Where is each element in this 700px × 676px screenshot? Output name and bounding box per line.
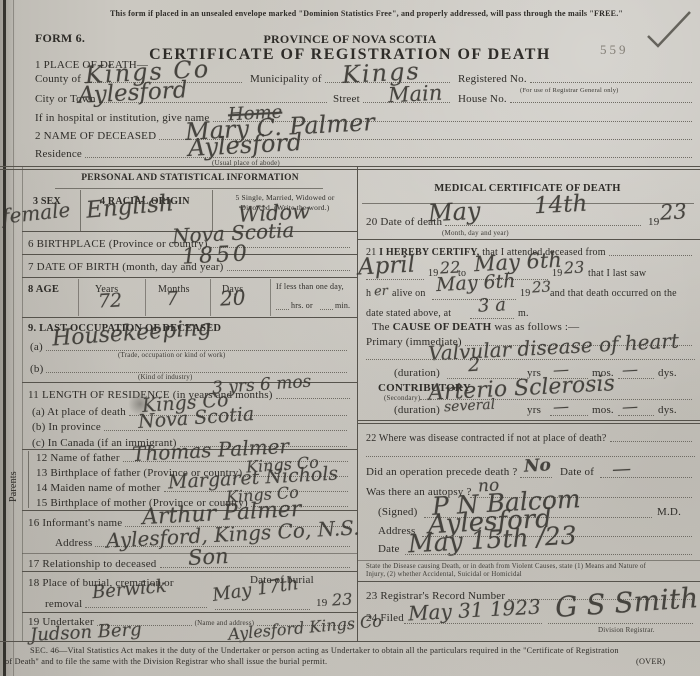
contributory-duration-handwriting: several	[444, 397, 496, 416]
dys-label-2: dys.	[658, 404, 677, 416]
yrs-label-2: yrs	[527, 404, 541, 416]
dys-label: dys.	[658, 367, 677, 379]
age-days-handwriting: 20	[219, 285, 246, 310]
burial-date-blank	[215, 609, 310, 610]
md-label: M.D.	[657, 506, 681, 518]
street-label: Street	[333, 93, 360, 105]
her-handwriting: er	[374, 284, 389, 300]
page-edge-line-2	[13, 0, 14, 676]
death-year-printed: 19	[648, 216, 659, 228]
father-name-label: 12 Name of father	[36, 452, 120, 464]
municipality-label: Municipality of	[250, 73, 322, 85]
occupation-a-note: (Trade, occupation or kind of work)	[118, 351, 225, 359]
m-label: m.	[518, 308, 529, 319]
sex-handwriting: female	[1, 197, 71, 228]
residence-in-province-label: (b) In province	[32, 421, 101, 433]
operation-answer-handwriting: No	[523, 455, 551, 476]
age-years-handwriting: 72	[97, 289, 122, 312]
blank	[366, 359, 695, 360]
bottom-table-line	[0, 641, 700, 642]
age-months-handwriting: 7	[165, 288, 178, 311]
row-line	[22, 571, 357, 572]
row-line	[357, 581, 700, 582]
registered-no-label: Registered No.	[458, 73, 527, 85]
grid-line	[145, 279, 146, 316]
year-printed: 19	[520, 288, 530, 299]
min-blank	[320, 309, 333, 310]
occupation-b-note: (Kind of industry)	[138, 373, 193, 381]
grid-line	[80, 190, 81, 231]
death-month-handwriting: May	[427, 197, 481, 228]
blank	[404, 623, 542, 624]
to-year-handwriting: 23	[564, 257, 585, 277]
house-no-label: House No.	[458, 93, 507, 105]
hospital-label: If in hospital or institution, give name	[35, 112, 210, 124]
death-year-handwriting: 23	[659, 199, 687, 224]
page-edge-line	[3, 0, 6, 676]
left-table-border	[22, 166, 23, 641]
relationship-label: 17 Relationship to deceased	[28, 558, 157, 570]
blank	[405, 554, 692, 555]
filed-label: 24 Filed	[366, 612, 404, 624]
mos-label-2: mos.	[592, 404, 614, 416]
death-certificate-scan: This form if placed in an unsealed envel…	[0, 0, 700, 676]
over-label: (OVER)	[636, 657, 665, 666]
dash-handwriting: —	[622, 397, 639, 417]
sec46-note-line1: SEC. 46—Vital Statistics Act makes it th…	[30, 646, 695, 655]
parents-rotated-label: Parents	[8, 471, 19, 502]
duration-label-2: (duration)	[394, 404, 440, 416]
h-prefix: h	[366, 288, 371, 299]
last-saw-text: that I last saw	[588, 268, 646, 279]
row-line	[22, 277, 357, 278]
attended-from-handwriting: April	[357, 252, 415, 281]
time-of-death-handwriting: 3 a	[477, 294, 506, 316]
relationship-handwriting: Son	[187, 544, 229, 570]
medical-certificate-heading: MEDICAL CERTIFICATE OF DEATH	[360, 183, 695, 194]
divider	[0, 166, 700, 167]
burial-year-handwriting: 23	[332, 589, 353, 609]
row-line	[357, 423, 700, 424]
alive-on-text: alive on	[392, 288, 426, 299]
last-seen-date-handwriting: May 6th	[435, 270, 516, 296]
divider	[0, 169, 700, 170]
blank	[470, 318, 514, 319]
heading-rule	[362, 203, 694, 204]
signed-label: (Signed)	[378, 506, 417, 518]
burial-removal-label: removal	[45, 598, 82, 610]
duration-label: (duration)	[394, 367, 440, 379]
residence-handwriting: Aylesford	[187, 128, 303, 162]
residence-label: Residence	[35, 148, 82, 160]
dash-handwriting: —	[553, 397, 570, 417]
row-line	[357, 420, 700, 421]
personal-info-heading: PERSONAL AND STATISTICAL INFORMATION	[40, 173, 340, 183]
death-occurred-text: and that death occurred on the	[550, 288, 677, 299]
row-line	[22, 612, 357, 613]
cause-of-death-heading: The CAUSE OF DEATH was as follows :—	[372, 321, 579, 333]
mail-notice: This form if placed in an unsealed envel…	[110, 9, 590, 18]
less-than-day-label: If less than one day,	[276, 282, 344, 291]
blank	[520, 477, 552, 478]
informant-address-label: Address	[55, 537, 92, 549]
disease-contracted-label: 22 Where was disease contracted if not a…	[366, 433, 607, 444]
death-date-note: (Month, day and year)	[442, 229, 509, 237]
pencil-checkmark-icon	[642, 6, 694, 52]
violent-causes-note-1: State the Disease causing Death, or in d…	[366, 563, 646, 570]
sec46-note-line2: of Death" and to file the same with the …	[5, 657, 327, 666]
name-of-deceased-label: 2 NAME OF DECEASED	[35, 130, 156, 142]
violent-causes-note-2: Injury, (2) whether Accidental, Suicidal…	[366, 571, 522, 578]
hrs-blank	[276, 309, 289, 310]
residence-at-death-label: (a) At place of death	[32, 406, 126, 418]
row-line	[357, 239, 700, 240]
min-label: min.	[335, 301, 350, 310]
age-label: 8 AGE	[28, 284, 59, 295]
occupation-a-label: (a)	[30, 341, 43, 353]
date-of-birth-handwriting: 1850	[181, 241, 250, 270]
grid-line	[210, 279, 211, 316]
secondary-note: (Secondary)	[384, 394, 420, 402]
stamp-number: 559	[600, 42, 629, 58]
blank	[548, 623, 693, 624]
hrs-label: hrs. or	[291, 301, 313, 310]
division-registrar-label: Division Registrar.	[598, 626, 655, 634]
street-handwriting: Main	[387, 81, 442, 108]
informant-name-label: 16 Informant's name	[28, 517, 122, 529]
county-label: County of	[35, 73, 81, 85]
primary-duration-handwriting: 2	[467, 354, 480, 377]
burial-date-handwriting: May 17th	[211, 573, 300, 606]
burial-year-printed: 19	[316, 597, 327, 609]
occupation-b-label: (b)	[30, 363, 43, 375]
blank	[366, 279, 424, 280]
certificate-date-label: Date	[378, 543, 400, 555]
parents-bracket-line	[28, 451, 29, 508]
year-printed: 19	[552, 268, 562, 279]
heading-rule	[55, 188, 323, 189]
death-day-handwriting: 14th	[533, 191, 588, 220]
operation-date-label: Date of	[560, 466, 594, 478]
column-divider	[357, 166, 358, 641]
mother-name-label: 14 Maiden name of mother	[36, 482, 161, 494]
grid-line	[78, 279, 79, 316]
province-heading: PROVINCE OF NOVA SCOTIA	[0, 32, 700, 47]
last-seen-year-handwriting: 23	[532, 278, 552, 297]
blank	[600, 477, 692, 478]
division-registrar-signature-handwriting: G S Smith	[554, 581, 699, 624]
grid-line	[270, 279, 271, 316]
row-line	[357, 560, 700, 561]
dash-handwriting: —	[622, 360, 639, 380]
racial-origin-handwriting: English	[85, 190, 175, 224]
date-stated-text: date stated above, at	[366, 308, 451, 319]
